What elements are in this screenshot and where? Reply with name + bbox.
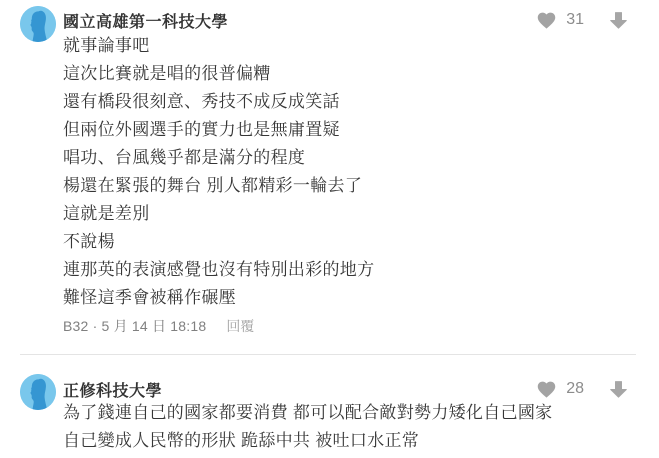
- comment-item-2: 正修科技大學 28 為了錢連自己的國家都要消費 都可以配合敵對勢力矮化自己國家 …: [0, 355, 659, 455]
- comment-header: 正修科技大學 28: [63, 377, 629, 401]
- heart-icon: [535, 10, 558, 31]
- person-silhouette-icon: [20, 6, 56, 42]
- comment-header: 國立高雄第一科技大學 31: [63, 8, 629, 32]
- comment-text-line: 難怪這季會被稱作碾壓: [63, 284, 629, 312]
- avatar: [20, 6, 56, 42]
- downvote-button[interactable]: [608, 378, 629, 400]
- like-button[interactable]: 31: [535, 10, 584, 31]
- comment-meta-row: B32 · 5 月 14 日 18:18 回覆: [63, 312, 629, 340]
- comment-item-1: 國立高雄第一科技大學 31 就事論事吧 這次比賽就是唱的很普偏糟 還有橋段很刻意…: [0, 0, 659, 340]
- comment-text-line: 這就是差別: [63, 200, 629, 228]
- like-count: 28: [566, 380, 584, 398]
- comment-text-line: 唱功、台風幾乎都是滿分的程度: [63, 144, 629, 172]
- avatar: [20, 374, 56, 410]
- reply-button[interactable]: 回覆: [226, 316, 254, 336]
- comment-text-line: 還有橋段很刻意、秀技不成反成笑話: [63, 88, 629, 116]
- author-name: 正修科技大學: [63, 378, 162, 401]
- heart-icon: [535, 379, 558, 400]
- comment-text-line: 就事論事吧: [63, 32, 629, 60]
- person-silhouette-icon: [20, 374, 56, 410]
- vote-controls: 28: [535, 378, 629, 400]
- comment-text-line: 連那英的表演感覺也沒有特別出彩的地方: [63, 256, 629, 284]
- comment-section: 國立高雄第一科技大學 31 就事論事吧 這次比賽就是唱的很普偏糟 還有橋段很刻意…: [0, 0, 659, 458]
- comment-body: 就事論事吧 這次比賽就是唱的很普偏糟 還有橋段很刻意、秀技不成反成笑話 但兩位外…: [63, 32, 629, 312]
- author-name: 國立高雄第一科技大學: [63, 9, 228, 32]
- like-count: 31: [566, 11, 584, 29]
- comment-body: 為了錢連自己的國家都要消費 都可以配合敵對勢力矮化自己國家 自己變成人民幣的形狀…: [63, 399, 629, 455]
- arrow-down-icon: [608, 9, 629, 31]
- arrow-down-icon: [608, 378, 629, 400]
- comment-text-line: 自己變成人民幣的形狀 跪舔中共 被吐口水正常: [63, 427, 629, 455]
- comment-text-line: 這次比賽就是唱的很普偏糟: [63, 60, 629, 88]
- vote-controls: 31: [535, 9, 629, 31]
- comment-text-line: 楊還在緊張的舞台 別人都精彩一輪去了: [63, 172, 629, 200]
- like-button[interactable]: 28: [535, 379, 584, 400]
- downvote-button[interactable]: [608, 9, 629, 31]
- comment-meta: B32 · 5 月 14 日 18:18: [63, 316, 206, 336]
- comment-text-line: 但兩位外國選手的實力也是無庸置疑: [63, 116, 629, 144]
- comment-text-line: 不說楊: [63, 228, 629, 256]
- comment-text-line: 為了錢連自己的國家都要消費 都可以配合敵對勢力矮化自己國家: [63, 399, 629, 427]
